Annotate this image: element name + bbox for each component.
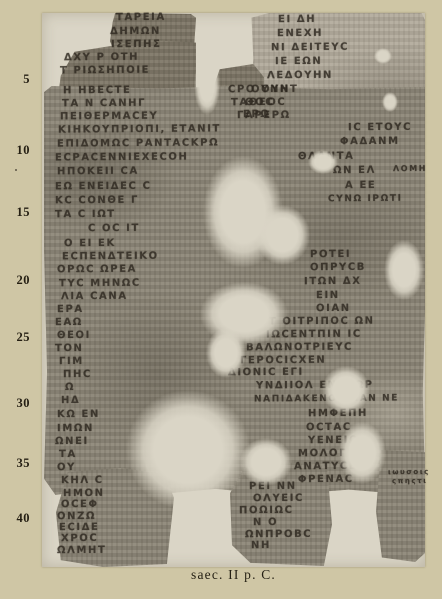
line-number: 5 [23, 72, 30, 87]
margin-dot [15, 169, 17, 171]
line-number: 20 [17, 273, 31, 288]
line-number: 25 [17, 330, 31, 345]
line-number: 30 [17, 396, 31, 411]
papyrus-fragment-bottom-left [56, 468, 174, 567]
papyrus-fragment-bottom-right [376, 450, 425, 562]
plate-caption: saec. II p. C. [42, 567, 425, 583]
line-number: 35 [17, 456, 31, 471]
margin-line-numbers: 510152025303540 [6, 0, 30, 599]
papyrus-fragment-bottom-middle [230, 462, 332, 566]
papyrus-photo-plate [42, 13, 425, 567]
line-number: 40 [17, 511, 31, 526]
line-number: 15 [17, 205, 31, 220]
page: ΤΑΡΕΙΑΔΗΜΩΝΙΣΕΠΗΣΔΧΥ Ρ ΟΤΗΤ ΡΙΩΣΗΠΟΙΕΕΙ … [0, 0, 442, 599]
papyrus-fragment-main-body [44, 86, 425, 495]
line-number: 10 [17, 143, 31, 158]
book-page-scan: { "page": { "caption": "saec. II p. C.",… [0, 0, 442, 599]
